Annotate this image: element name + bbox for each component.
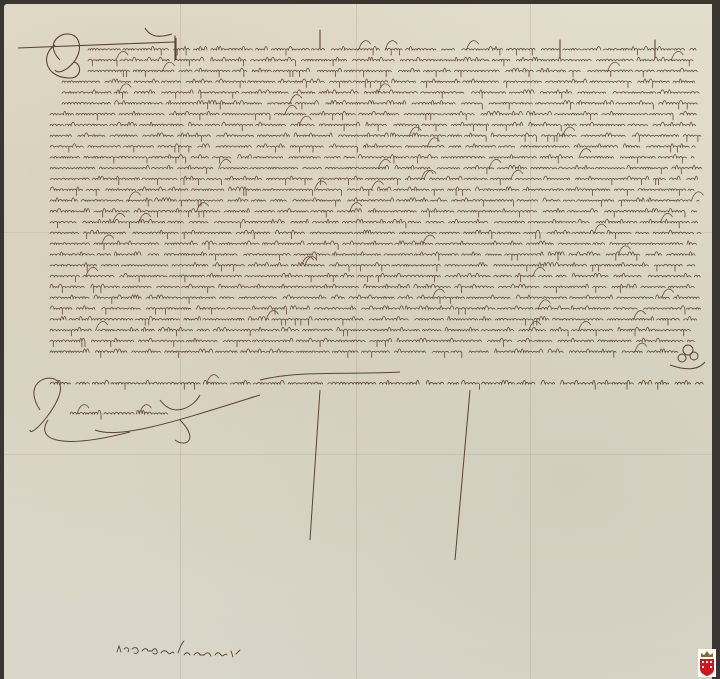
bottom-note-ink xyxy=(0,0,720,679)
coat-of-arms-logo xyxy=(698,649,716,677)
